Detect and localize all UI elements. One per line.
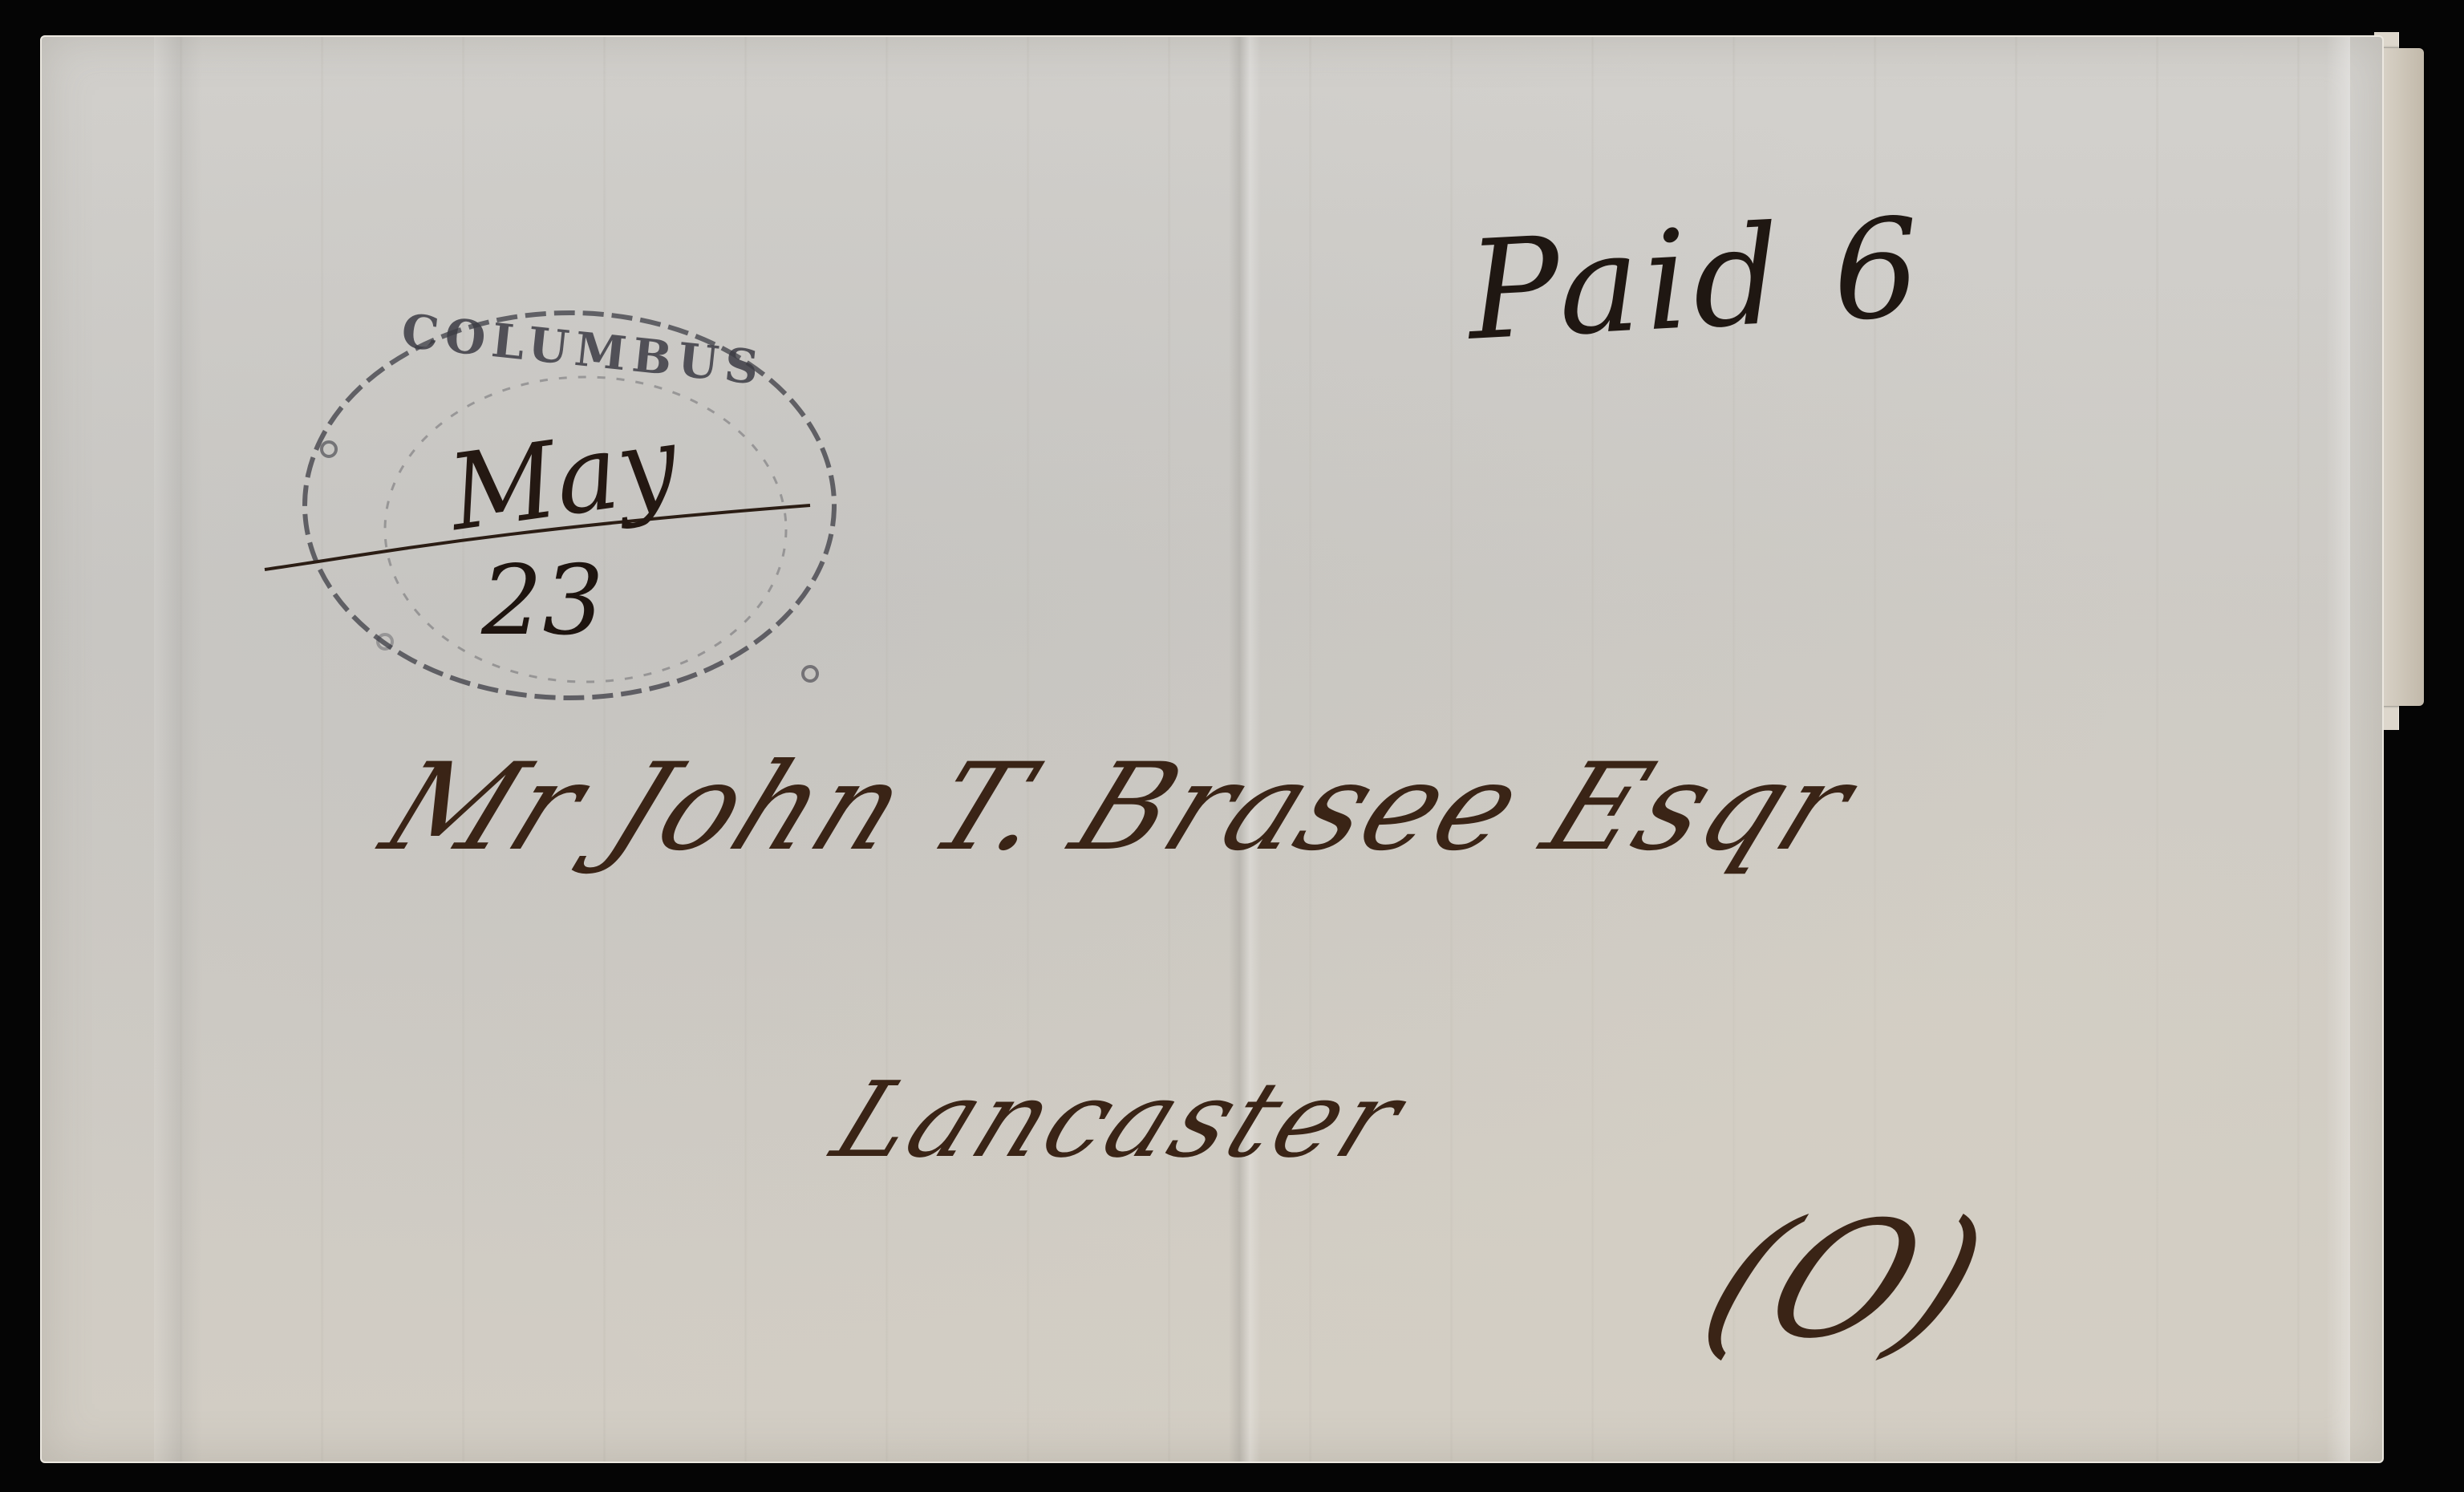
rate-marking: Paid 6 — [1464, 189, 1928, 371]
manuscript-date-day: 23 — [481, 545, 604, 657]
addressee: Mr John T. Brasee Esqr — [365, 738, 1873, 878]
fold-line-left — [154, 37, 202, 1462]
address-city: Lancaster — [817, 1059, 1421, 1181]
fold-line-right — [2326, 37, 2350, 1462]
